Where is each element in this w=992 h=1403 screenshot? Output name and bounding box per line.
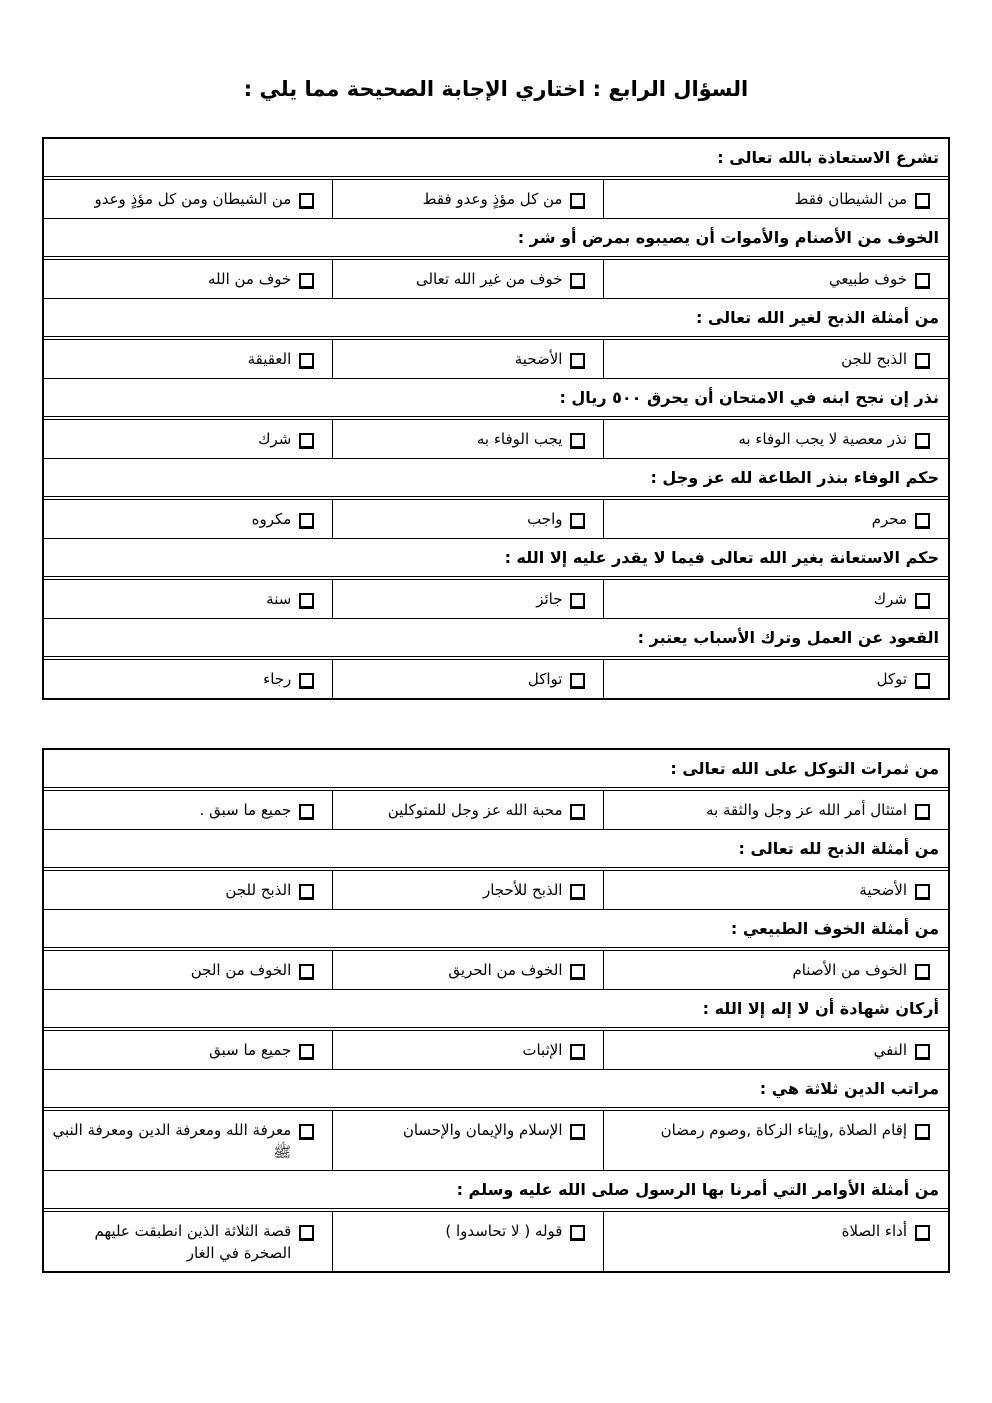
option-checkbox-icon[interactable] [570,804,585,820]
option-label: رجاء [263,668,291,690]
question-header: من أمثلة الذبح لله تعالى : [44,830,948,868]
option-checkbox-icon[interactable] [570,1044,585,1060]
option-label: الأضحية [515,348,563,370]
option-label: الخوف من الجن [191,959,292,981]
options-row: الأضحيةالذبح للأحجارالذبح للجن [44,870,948,910]
option-label: من كل مؤذٍ وعدو فقط [423,188,563,210]
option-label: الذبح للأحجار [483,879,563,901]
question-block: القعود عن العمل وترك الأسباب يعتبر :توكل… [44,619,948,698]
option-cell[interactable]: محرم [604,500,948,538]
option-checkbox-icon[interactable] [570,353,585,369]
option-cell[interactable]: شرك [604,580,948,618]
option-cell[interactable]: النفي [604,1031,948,1069]
option-cell[interactable]: جميع ما سبق [44,1031,333,1069]
options-row: توكلتواكلرجاء [44,659,948,698]
option-label: خوف من الله [208,268,291,290]
option-label: الإسلام والإيمان والإحسان [403,1119,563,1141]
option-checkbox-icon[interactable] [299,1225,314,1241]
option-checkbox-icon[interactable] [299,433,314,449]
option-label: محبة الله عز وجل للمتوكلين [388,799,563,821]
option-label: نذر معصية لا يجب الوفاء به [738,428,907,450]
options-row: شركجائزسنة [44,579,948,619]
option-checkbox-icon[interactable] [570,884,585,900]
option-checkbox-icon[interactable] [915,804,930,820]
option-checkbox-icon[interactable] [299,273,314,289]
page-title: السؤال الرابع : اختاري الإجابة الصحيحة م… [0,0,992,104]
option-cell[interactable]: قوله ( لا تحاسدوا ) [333,1212,604,1271]
option-label: أداء الصلاة [842,1220,907,1242]
question-block: حكم الوفاء بنذر الطاعة لله عز وجل :محرمو… [44,459,948,539]
option-cell[interactable]: إقام الصلاة ,وإيتاء الزكاة ,وصوم رمضان [604,1111,948,1170]
option-label: معرفة الله ومعرفة الدين ومعرفة النبي ﷺ [50,1119,291,1163]
options-row: نذر معصية لا يجب الوفاء بهيجب الوفاء بهش… [44,419,948,459]
question-header: حكم الاستعانة بغير الله تعالى فيما لا يق… [44,539,948,577]
option-checkbox-icon[interactable] [915,884,930,900]
option-label: الذبح للجن [225,879,291,901]
option-cell[interactable]: خوف طبيعي [604,260,948,298]
option-label: توكل [877,668,907,690]
option-label: جميع ما سبق [209,1039,291,1061]
option-cell[interactable]: الخوف من الجن [44,951,333,989]
option-label: إقام الصلاة ,وإيتاء الزكاة ,وصوم رمضان [661,1119,907,1141]
option-cell[interactable]: جائز [333,580,604,618]
option-cell[interactable]: واجب [333,500,604,538]
option-cell[interactable]: نذر معصية لا يجب الوفاء به [604,420,948,458]
options-row: خوف طبيعيخوف من غير الله تعالىخوف من الل… [44,259,948,299]
option-checkbox-icon[interactable] [570,193,585,209]
option-cell[interactable]: مكروه [44,500,333,538]
option-checkbox-icon[interactable] [915,1124,930,1140]
option-checkbox-icon[interactable] [570,273,585,289]
question-header: من أمثلة الأوامر التي أمرنا بها الرسول ص… [44,1171,948,1209]
option-label: محرم [872,508,907,530]
option-checkbox-icon[interactable] [915,593,930,609]
option-checkbox-icon[interactable] [915,964,930,980]
option-checkbox-icon[interactable] [915,1225,930,1241]
option-checkbox-icon[interactable] [299,673,314,689]
option-checkbox-icon[interactable] [299,884,314,900]
option-label: شرك [874,588,907,610]
question-header: من ثمرات التوكل على الله تعالى : [44,750,948,788]
question-block: الخوف من الأصنام والأموات أن يصيبوه بمرض… [44,219,948,299]
option-label: من الشيطان ومن كل مؤذٍ وعدو [94,188,291,210]
option-cell[interactable]: من كل مؤذٍ وعدو فقط [333,180,604,218]
question-block: من ثمرات التوكل على الله تعالى :امتثال أ… [44,750,948,830]
option-label: جائز [536,588,562,610]
option-label: الإثبات [522,1039,562,1061]
option-label: مكروه [252,508,292,530]
question-table-1: تشرع الاستعاذة بالله تعالى :من الشيطان ف… [42,137,950,700]
option-cell[interactable]: سنة [44,580,333,618]
question-block: من أمثلة الخوف الطبيعي :الخوف من الأصنام… [44,910,948,990]
options-row: محرمواجبمكروه [44,499,948,539]
option-checkbox-icon[interactable] [915,673,930,689]
option-label: يجب الوفاء به [477,428,563,450]
option-cell[interactable]: الإسلام والإيمان والإحسان [333,1111,604,1170]
options-row: إقام الصلاة ,وإيتاء الزكاة ,وصوم رمضانال… [44,1110,948,1171]
option-checkbox-icon[interactable] [915,433,930,449]
option-checkbox-icon[interactable] [570,593,585,609]
question-header: الخوف من الأصنام والأموات أن يصيبوه بمرض… [44,219,948,257]
option-label: الأضحية [859,879,907,901]
option-cell[interactable]: رجاء [44,660,333,698]
question-block: مراتب الدين ثلاثة هي :إقام الصلاة ,وإيتا… [44,1070,948,1171]
option-cell[interactable]: الذبح للجن [604,340,948,378]
question-header: من أمثلة الخوف الطبيعي : [44,910,948,948]
question-block: أركان شهادة أن لا إله إلا الله :النفيالإ… [44,990,948,1070]
option-cell[interactable]: الذبح للجن [44,871,333,909]
option-checkbox-icon[interactable] [570,1225,585,1241]
option-label: الخوف من الحريق [448,959,562,981]
option-label: قوله ( لا تحاسدوا ) [445,1220,562,1242]
option-label: تواكل [528,668,563,690]
options-row: الخوف من الأصنامالخوف من الحريقالخوف من … [44,950,948,990]
options-row: من الشيطان فقطمن كل مؤذٍ وعدو فقطمن الشي… [44,179,948,219]
option-checkbox-icon[interactable] [915,1044,930,1060]
option-cell[interactable]: خوف من غير الله تعالى [333,260,604,298]
option-checkbox-icon[interactable] [299,964,314,980]
question-block: من أمثلة الذبح لله تعالى :الأضحيةالذبح ل… [44,830,948,910]
option-checkbox-icon[interactable] [299,193,314,209]
option-checkbox-icon[interactable] [570,1124,585,1140]
option-cell[interactable]: قصة الثلاثة الذين انطبقت عليهم الصخرة في… [44,1212,333,1271]
question-block: حكم الاستعانة بغير الله تعالى فيما لا يق… [44,539,948,619]
options-row: النفيالإثباتجميع ما سبق [44,1030,948,1070]
option-checkbox-icon[interactable] [299,353,314,369]
option-cell[interactable]: يجب الوفاء به [333,420,604,458]
option-label: واجب [527,508,562,530]
option-label: النفي [874,1039,907,1061]
question-header: مراتب الدين ثلاثة هي : [44,1070,948,1108]
option-cell[interactable]: الخوف من الأصنام [604,951,948,989]
option-cell[interactable]: من الشيطان فقط [604,180,948,218]
question-block: من أمثلة الأوامر التي أمرنا بها الرسول ص… [44,1171,948,1271]
option-label: الذبح للجن [841,348,907,370]
options-row: الذبح للجنالأضحيةالعقيقة [44,339,948,379]
option-cell[interactable]: أداء الصلاة [604,1212,948,1271]
option-cell[interactable]: الأضحية [604,871,948,909]
question-block: نذر إن نجح ابنه في الامتحان أن يحرق ٥٠٠ … [44,379,948,459]
option-checkbox-icon[interactable] [570,673,585,689]
option-label: خوف طبيعي [829,268,907,290]
question-header: القعود عن العمل وترك الأسباب يعتبر : [44,619,948,657]
options-row: أداء الصلاةقوله ( لا تحاسدوا )قصة الثلاث… [44,1211,948,1271]
option-cell[interactable]: الذبح للأحجار [333,871,604,909]
option-label: جميع ما سبق . [200,799,292,821]
option-checkbox-icon[interactable] [299,1044,314,1060]
question-header: نذر إن نجح ابنه في الامتحان أن يحرق ٥٠٠ … [44,379,948,417]
option-label: سنة [266,588,291,610]
option-checkbox-icon[interactable] [915,273,930,289]
question-header: حكم الوفاء بنذر الطاعة لله عز وجل : [44,459,948,497]
option-checkbox-icon[interactable] [570,513,585,529]
option-checkbox-icon[interactable] [915,513,930,529]
option-checkbox-icon[interactable] [299,1124,314,1140]
option-label: امتثال أمر الله عز وجل والثقة به [706,799,907,821]
option-label: خوف من غير الله تعالى [416,268,563,290]
option-label: شرك [258,428,291,450]
option-checkbox-icon[interactable] [299,804,314,820]
option-checkbox-icon[interactable] [915,353,930,369]
option-cell[interactable]: شرك [44,420,333,458]
option-cell[interactable]: معرفة الله ومعرفة الدين ومعرفة النبي ﷺ [44,1111,333,1170]
question-header: من أمثلة الذبح لغير الله تعالى : [44,299,948,337]
option-cell[interactable]: من الشيطان ومن كل مؤذٍ وعدو [44,180,333,218]
option-label: من الشيطان فقط [794,188,907,210]
option-checkbox-icon[interactable] [299,513,314,529]
question-header: أركان شهادة أن لا إله إلا الله : [44,990,948,1028]
option-cell[interactable]: خوف من الله [44,260,333,298]
question-header: تشرع الاستعاذة بالله تعالى : [44,139,948,177]
option-cell[interactable]: الخوف من الحريق [333,951,604,989]
option-cell[interactable]: امتثال أمر الله عز وجل والثقة به [604,791,948,829]
question-block: من أمثلة الذبح لغير الله تعالى :الذبح لل… [44,299,948,379]
worksheet-page: السؤال الرابع : اختاري الإجابة الصحيحة م… [0,0,992,1403]
option-checkbox-icon[interactable] [915,193,930,209]
option-cell[interactable]: الأضحية [333,340,604,378]
option-label: قصة الثلاثة الذين انطبقت عليهم الصخرة في… [50,1220,291,1264]
option-cell[interactable]: العقيقة [44,340,333,378]
option-label: العقيقة [248,348,292,370]
option-cell[interactable]: تواكل [333,660,604,698]
question-block: تشرع الاستعاذة بالله تعالى :من الشيطان ف… [44,139,948,219]
question-table-2: من ثمرات التوكل على الله تعالى :امتثال أ… [42,748,950,1273]
option-cell[interactable]: جميع ما سبق . [44,791,333,829]
option-cell[interactable]: توكل [604,660,948,698]
option-checkbox-icon[interactable] [570,964,585,980]
option-checkbox-icon[interactable] [299,593,314,609]
options-row: امتثال أمر الله عز وجل والثقة بهمحبة الل… [44,790,948,830]
option-checkbox-icon[interactable] [570,433,585,449]
option-label: الخوف من الأصنام [792,959,907,981]
option-cell[interactable]: الإثبات [333,1031,604,1069]
option-cell[interactable]: محبة الله عز وجل للمتوكلين [333,791,604,829]
